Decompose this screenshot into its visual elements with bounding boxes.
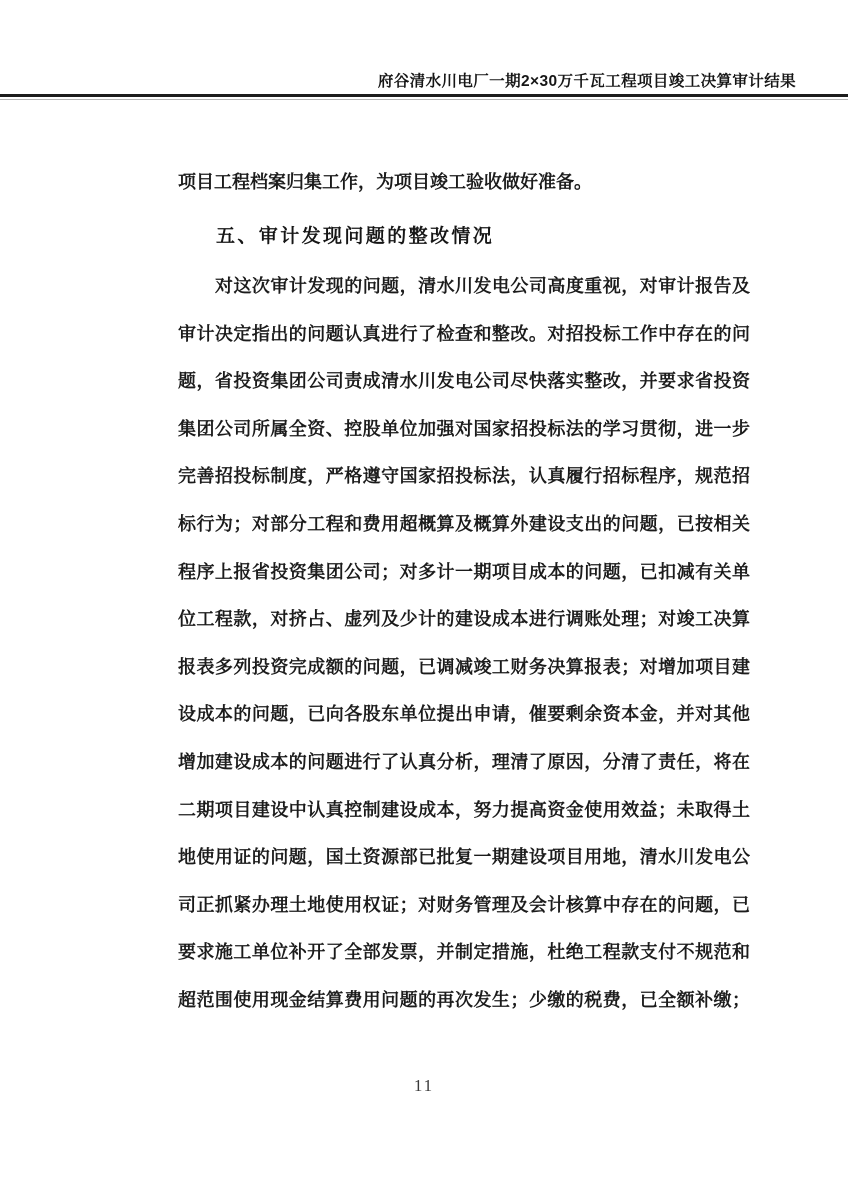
paragraph-line: 集团公司所属全资、控股单位加强对国家招投标法的学习贯彻，进一步 <box>178 417 750 465</box>
paragraph-line: 增加建设成本的问题进行了认真分析，理清了原因，分清了责任，将在 <box>178 750 750 798</box>
header-rule <box>0 94 848 97</box>
paragraph-line: 题，省投资集团公司责成清水川发电公司尽快落实整改，并要求省投资 <box>178 369 750 417</box>
paragraph-line: 完善招投标制度，严格遵守国家招投标法，认真履行招标程序，规范招 <box>178 464 750 512</box>
paragraph-line: 地使用证的问题，国土资源部已批复一期建设项目用地，清水川发电公 <box>178 845 750 893</box>
paragraph-line: 程序上报省投资集团公司；对多计一期项目成本的问题，已扣减有关单 <box>178 560 750 608</box>
paragraph-line: 报表多列投资完成额的问题，已调减竣工财务决算报表；对增加项目建 <box>178 655 750 703</box>
paragraph-line: 二期项目建设中认真控制建设成本，努力提高资金使用效益；未取得土 <box>178 798 750 846</box>
paragraph-line: 司正抓紧办理土地使用权证；对财务管理及会计核算中存在的问题，已 <box>178 893 750 941</box>
paragraph-line: 位工程款，对挤占、虚列及少计的建设成本进行调账处理；对竣工决算 <box>178 607 750 655</box>
paragraph-line: 要求施工单位补开了全部发票，并制定措施，杜绝工程款支付不规范和 <box>178 940 750 988</box>
section-heading: 五、审计发现问题的整改情况 <box>216 221 494 248</box>
document-page: 府谷清水川电厂一期2×30万千瓦工程项目竣工决算审计结果 项目工程档案归集工作，… <box>0 0 848 1200</box>
paragraph-line: 审计决定指出的问题认真进行了检查和整改。对招投标工作中存在的问 <box>178 322 750 370</box>
paragraph-line: 对这次审计发现的问题，清水川发电公司高度重视，对审计报告及 <box>178 274 750 322</box>
paragraph-continuation-line: 项目工程档案归集工作，为项目竣工验收做好准备。 <box>178 170 750 194</box>
header-rule-shadow <box>0 99 848 100</box>
paragraph-line: 超范围使用现金结算费用问题的再次发生；少缴的税费，已全额补缴； <box>178 988 750 1036</box>
body-paragraph: 对这次审计发现的问题，清水川发电公司高度重视，对审计报告及 审计决定指出的问题认… <box>178 274 750 1036</box>
paragraph-line: 设成本的问题，已向各股东单位提出申请，催要剩余资本金，并对其他 <box>178 702 750 750</box>
running-header-title: 府谷清水川电厂一期2×30万千瓦工程项目竣工决算审计结果 <box>378 69 796 91</box>
page-number: 11 <box>0 1076 848 1096</box>
paragraph-line: 标行为；对部分工程和费用超概算及概算外建设支出的问题，已按相关 <box>178 512 750 560</box>
